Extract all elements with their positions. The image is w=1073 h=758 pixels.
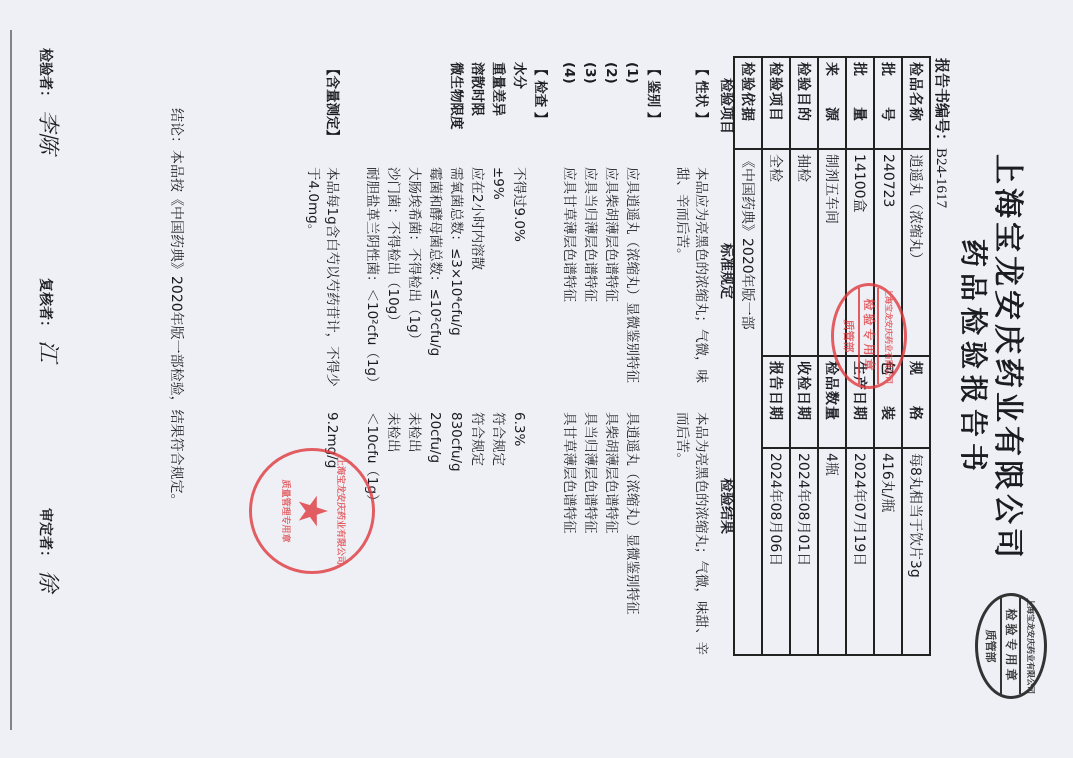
stamp-bottom-text: 质量管理专用章	[277, 457, 292, 565]
info-label: 检验项目	[762, 57, 790, 149]
result-row: (1)应具逍遥丸（浓缩丸）显微鉴别特征具逍遥丸（浓缩丸）显微鉴别特征	[620, 62, 641, 662]
result-standard: 霉菌和酵母菌总数：≤10²cfu/g	[425, 167, 444, 397]
result-item: 【含量测定】	[322, 62, 341, 142]
inspector-label: 检验者：	[37, 48, 53, 104]
stamp-bottom-text: 质管部	[842, 288, 857, 384]
result-standard: 需氧菌总数：≤3×10⁴cfu/g	[446, 167, 465, 397]
info-value: 416丸/瓶	[874, 448, 902, 655]
result-row: (2)应具柴胡薄层色谱特征具柴胡薄层色谱特征	[599, 62, 620, 662]
result-standard: 本品每1g含白芍以芍药苷计，不得少于4.0mg。	[303, 167, 341, 397]
info-label: 检验依据	[734, 57, 762, 149]
result-standard: 应具柴胡薄层色谱特征	[601, 167, 620, 397]
result-standard: ±9%	[488, 167, 507, 397]
col-header-standard: 标准规定	[717, 243, 737, 299]
qa-stamp-black: 上海宝龙安庆药业有限公司 检验专用章 质管部	[975, 593, 1047, 699]
result-standard: 应在2小时内溶散	[467, 167, 486, 397]
result-row: 【 鉴别 】	[641, 62, 662, 662]
result-value: 符合规定	[467, 412, 486, 662]
star-icon: ★	[292, 457, 332, 565]
result-row: 水分不得过9.0%6.3%	[507, 62, 528, 662]
info-label: 来 源	[818, 57, 846, 149]
result-row: (4)应具甘草薄层色谱特征具甘草薄层色谱特征	[557, 62, 578, 662]
result-item: 重量差异	[488, 62, 507, 142]
info-value: 抽检	[790, 149, 818, 356]
result-standard: 不得过9.0%	[509, 167, 528, 397]
scan-edge-line	[10, 30, 12, 730]
report-number-value: B24-1617	[933, 148, 949, 208]
conclusion: 结论：本品按《中国药典》2020年版一部检验，结果符合规定。	[167, 108, 187, 508]
info-label: 报告日期	[762, 356, 790, 448]
company-stamp-red: 上海宝龙安庆药业有限公司 ★ 质量管理专用章	[249, 448, 375, 574]
result-standard: 大肠埃希菌：不得检出（1g）	[404, 167, 423, 397]
result-item: (2)	[601, 62, 620, 142]
result-row: 微生物限度需氧菌总数：≤3×10⁴cfu/g830cfu/g	[444, 62, 465, 662]
inspector-handwriting: 李陈	[35, 110, 60, 154]
result-item: 【 检查 】	[530, 62, 549, 142]
result-value: 未检出	[383, 412, 402, 662]
approver-label: 审定者：	[37, 508, 53, 564]
info-label: 检品名称	[902, 57, 930, 149]
result-value: 具当归薄层色谱特征	[580, 412, 599, 662]
info-row: 检品名称逍遥丸（浓缩丸）规 格每8丸相当于饮片3g	[902, 57, 930, 655]
stamp-ring-text: 上海宝龙安庆药业有限公司	[1024, 598, 1039, 694]
result-standard: 应具当归薄层色谱特征	[580, 167, 599, 397]
stamp-band-text: 检验专用章	[859, 288, 880, 384]
info-label: 批 号	[874, 57, 902, 149]
info-row: 检验依据《中国药典》2020年版一部	[734, 57, 762, 655]
qa-stamp-red: 上海宝龙安庆药业有限公司 检验专用章 质管部	[831, 283, 907, 389]
result-item: 溶散时限	[467, 62, 486, 142]
result-row: 沙门菌：不得检出（10g）未检出	[381, 62, 402, 662]
result-item: 水分	[509, 62, 528, 142]
result-row: (3)应具当归薄层色谱特征具当归薄层色谱特征	[578, 62, 599, 662]
result-standard: 应具甘草薄层色谱特征	[559, 167, 578, 397]
result-item: (3)	[580, 62, 599, 142]
report-number: 报告书编号：B24-1617	[932, 58, 953, 208]
result-value: 830cfu/g	[446, 412, 465, 662]
inspection-report-page: 上海宝龙安庆药业有限公司 药品检验报告书 报告书编号：B24-1617 上海宝龙…	[15, 8, 1055, 708]
result-row: 耐胆盐革兰阴性菌：＜10²cfu（1g）＜10cfu（1g）	[341, 62, 381, 662]
info-row: 检验目的抽检收检日期2024年08月01日	[790, 57, 818, 655]
result-value: 具逍遥丸（浓缩丸）显微鉴别特征	[622, 412, 641, 662]
info-row: 检验项目全检报告日期2024年08月06日	[762, 57, 790, 655]
report-number-label: 报告书编号：	[933, 58, 951, 148]
result-item: (4)	[559, 62, 578, 142]
result-standard: 沙门菌：不得检出（10g）	[383, 167, 402, 397]
result-item: (1)	[622, 62, 641, 142]
result-row: 重量差异±9%符合规定	[486, 62, 507, 662]
info-label: 规 格	[902, 356, 930, 448]
result-value: 20cfu/g	[425, 412, 444, 662]
result-value: 本品为亮黑色的浓缩丸；气微，味甜、辛而后苦。	[672, 412, 710, 662]
stamp-ring-text: 上海宝龙安庆药业有限公司	[882, 288, 897, 384]
info-value: 2024年07月19日	[846, 448, 874, 655]
reviewer-handwriting: 江	[35, 340, 60, 362]
result-value: 未检出	[404, 412, 423, 662]
result-item: 微生物限度	[446, 62, 465, 142]
result-row: 溶散时限应在2小时内溶散符合规定	[465, 62, 486, 662]
inspector-signature: 检验者：李陈	[34, 48, 65, 154]
result-row: 大肠埃希菌：不得检出（1g）未检出	[402, 62, 423, 662]
result-standard: 应具逍遥丸（浓缩丸）显微鉴别特征	[622, 167, 641, 397]
result-standard: 本品应为亮黑色的浓缩丸；气微，味甜、辛而后苦。	[672, 167, 710, 397]
col-header-item: 检验项目	[717, 78, 737, 134]
info-label: 批 量	[846, 57, 874, 149]
approver-signature: 审定者：徐	[34, 508, 65, 592]
reviewer-label: 复核者：	[37, 278, 53, 334]
result-value: 符合规定	[488, 412, 507, 662]
info-label: 收检日期	[790, 356, 818, 448]
info-value: 全检	[762, 149, 790, 356]
result-standard: 耐胆盐革兰阴性菌：＜10²cfu（1g）	[362, 167, 381, 397]
result-row: 【 检查 】	[528, 62, 549, 662]
results-list: 【 性状 】本品应为亮黑色的浓缩丸；气微，味甜、辛而后苦。本品为亮黑色的浓缩丸；…	[301, 62, 710, 662]
stamp-bottom-text: 质管部	[984, 598, 999, 694]
info-value: 每8丸相当于饮片3g	[902, 448, 930, 655]
result-item: 【 鉴别 】	[643, 62, 662, 142]
result-value: 具甘草薄层色谱特征	[559, 412, 578, 662]
info-value: 4瓶	[818, 448, 846, 655]
result-row: 霉菌和酵母菌总数：≤10²cfu/g20cfu/g	[423, 62, 444, 662]
info-label: 检验目的	[790, 57, 818, 149]
info-value: 2024年08月01日	[790, 448, 818, 655]
col-header-result: 检验结果	[717, 478, 737, 534]
result-row: 【 性状 】本品应为亮黑色的浓缩丸；气微，味甜、辛而后苦。本品为亮黑色的浓缩丸；…	[670, 62, 710, 662]
reviewer-signature: 复核者：江	[34, 278, 65, 362]
result-item: 【 性状 】	[691, 62, 710, 142]
info-value: 2024年08月06日	[762, 448, 790, 655]
approver-handwriting: 徐	[35, 570, 60, 592]
result-value: 具柴胡薄层色谱特征	[601, 412, 620, 662]
info-value: 《中国药典》2020年版一部	[734, 149, 762, 655]
result-value: 6.3%	[509, 412, 528, 662]
stamp-band-text: 检验专用章	[1001, 598, 1022, 694]
